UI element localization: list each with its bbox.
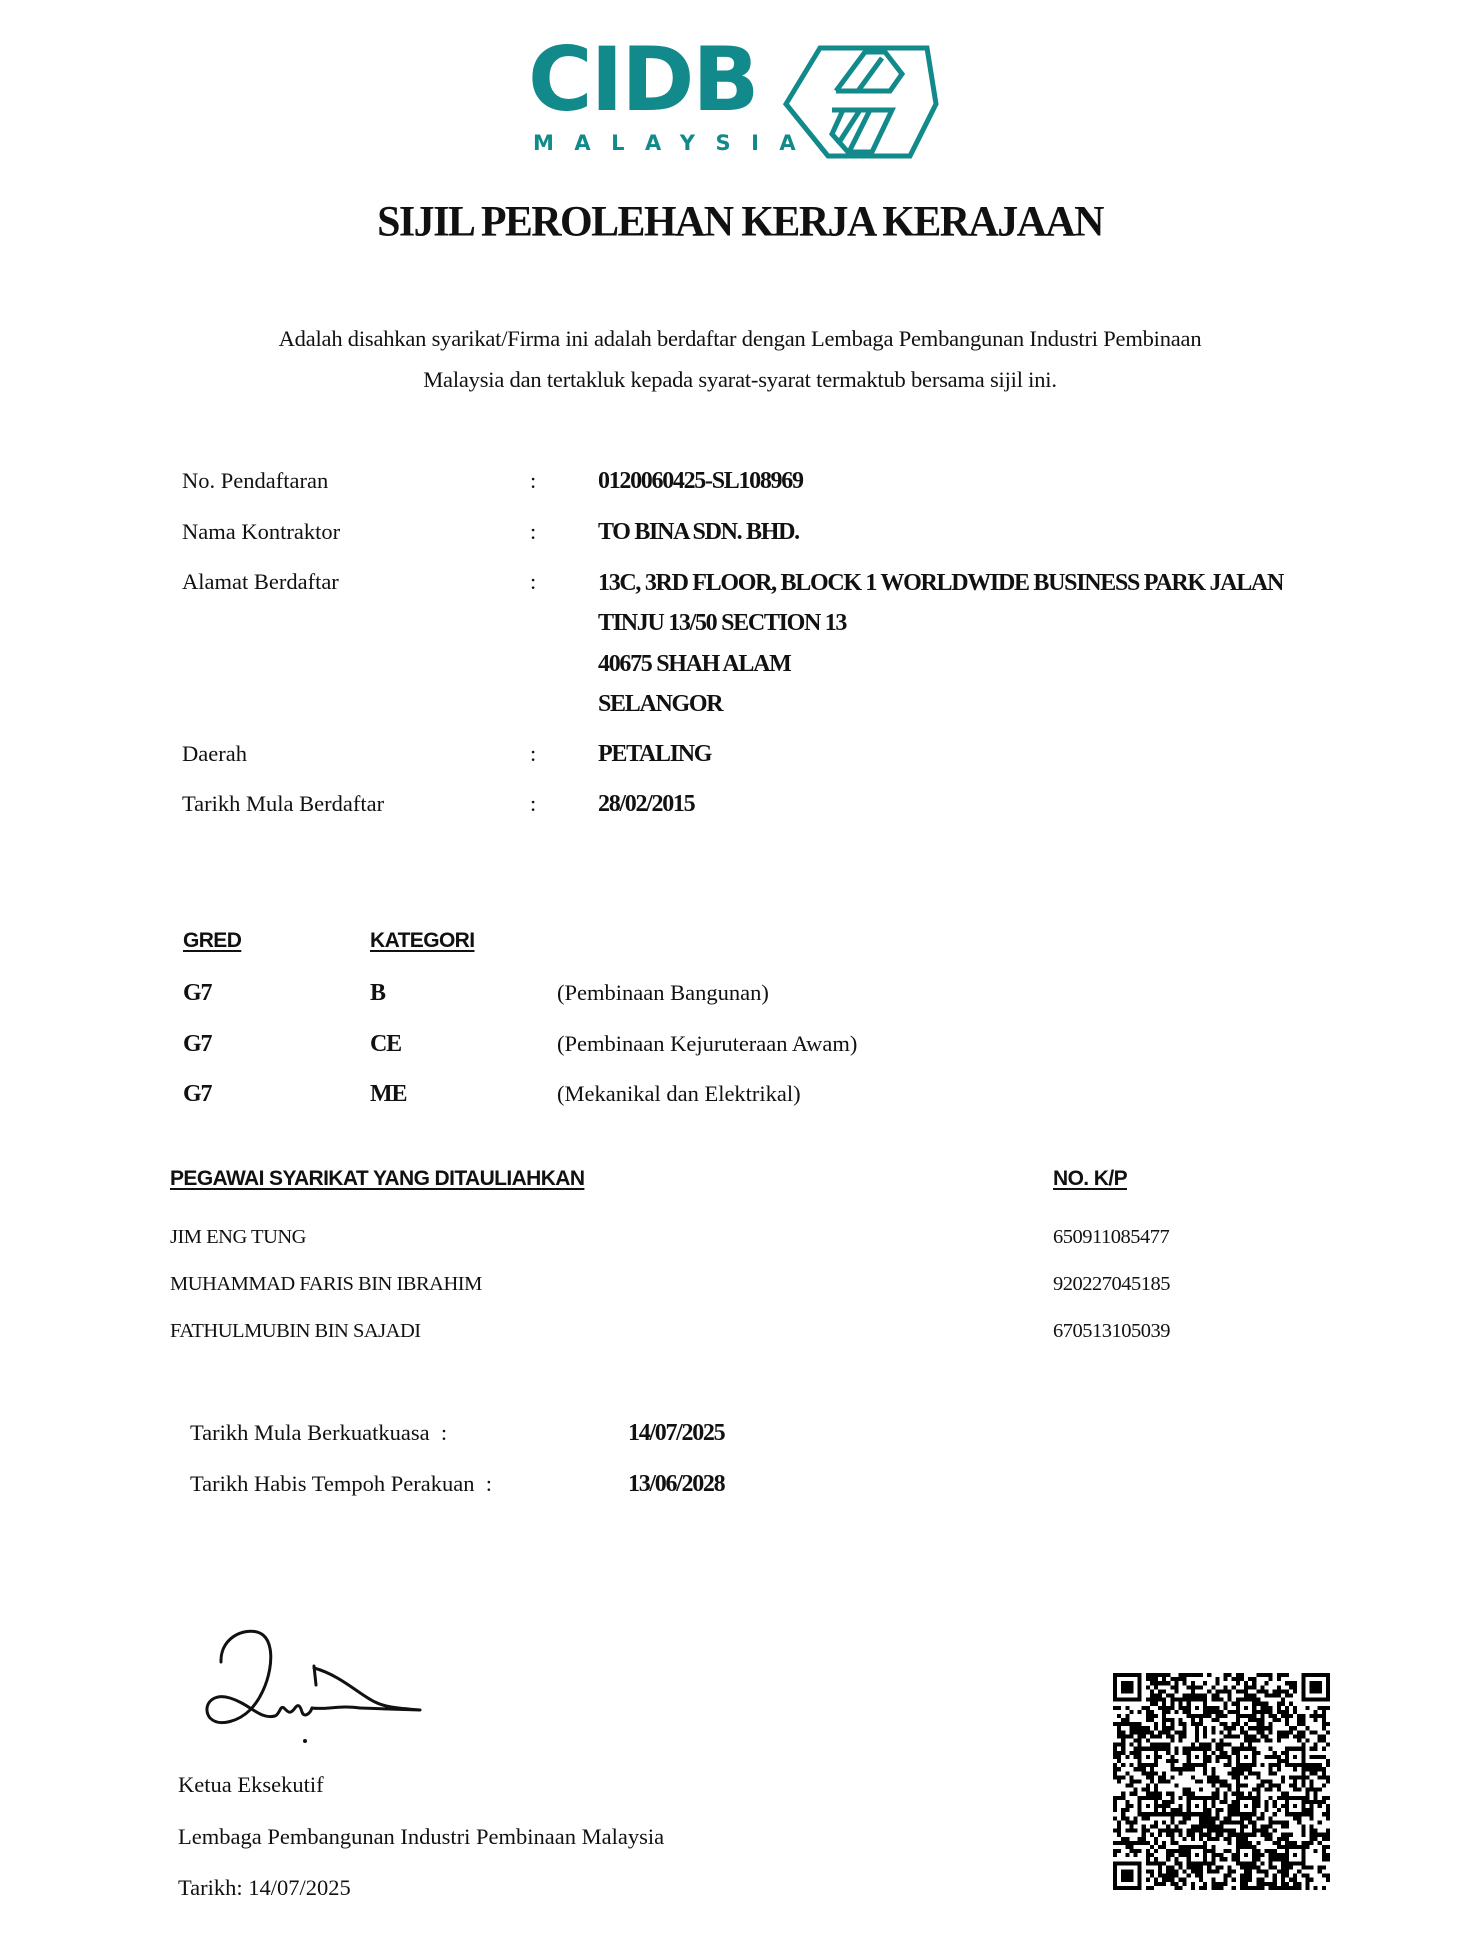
signature-date: Tarikh: 14/07/2025 <box>178 1874 351 1902</box>
personnel-name: JIM ENG TUNG <box>170 1224 306 1250</box>
registration-no-label: No. Pendaftaran <box>182 467 328 495</box>
validity-end-label: Tarikh Habis Tempoh Perakuan : <box>190 1470 492 1498</box>
registration-no-value: 0120060425-SL108969 <box>598 467 803 495</box>
cidb-hexagon-logo-icon <box>780 44 940 164</box>
separator: : <box>530 568 536 596</box>
intro-line-2: Malaysia dan tertakluk kepada syarat-sya… <box>0 366 1480 394</box>
category-description: (Pembinaan Bangunan) <box>557 979 769 1007</box>
address-line-4: SELANGOR <box>598 690 722 718</box>
personnel-name-header: PEGAWAI SYARIKAT YANG DITAULIAHKAN <box>170 1166 584 1192</box>
address-label: Alamat Berdaftar <box>182 568 339 596</box>
signatory-organization: Lembaga Pembangunan Industri Pembinaan M… <box>178 1823 664 1851</box>
grade-value: G7 <box>183 1030 211 1058</box>
category-value: ME <box>370 1080 406 1108</box>
certificate-title: SIJIL PEROLEHAN KERJA KERAJAAN <box>0 195 1480 248</box>
signatory-position: Ketua Eksekutif <box>178 1771 324 1799</box>
personnel-id: 650911085477 <box>1053 1224 1169 1250</box>
signature-icon <box>200 1620 430 1750</box>
qr-code-icon[interactable] <box>1113 1673 1330 1890</box>
address-line-3: 40675 SHAH ALAM <box>598 650 791 678</box>
registration-start-value: 28/02/2015 <box>598 790 694 818</box>
address-line-1: 13C, 3RD FLOOR, BLOCK 1 WORLDWIDE BUSINE… <box>598 569 1283 597</box>
personnel-name: MUHAMMAD FARIS BIN IBRAHIM <box>170 1271 482 1297</box>
grade-value: G7 <box>183 1080 211 1108</box>
category-description: (Mekanikal dan Elektrikal) <box>557 1080 801 1108</box>
district-label: Daerah <box>182 740 247 768</box>
district-value: PETALING <box>598 740 711 768</box>
personnel-id-header: NO. K/P <box>1053 1166 1127 1192</box>
grade-value: G7 <box>183 979 211 1007</box>
separator: : <box>530 518 536 546</box>
contractor-name-label: Nama Kontraktor <box>182 518 340 546</box>
separator: : <box>530 740 536 768</box>
registration-start-label: Tarikh Mula Berdaftar <box>182 790 384 818</box>
personnel-name: FATHULMUBIN BIN SAJADI <box>170 1318 421 1344</box>
validity-start-value: 14/07/2025 <box>628 1419 724 1447</box>
category-description: (Pembinaan Kejuruteraan Awam) <box>557 1030 857 1058</box>
address-line-2: TINJU 13/50 SECTION 13 <box>598 609 846 637</box>
logo-subtext: MALAYSIA <box>533 131 816 155</box>
grade-header: GRED <box>183 928 241 954</box>
validity-end-value: 13/06/2028 <box>628 1470 724 1498</box>
separator: : <box>530 790 536 818</box>
logo-text: CIDB <box>528 36 757 124</box>
category-header: KATEGORI <box>370 928 474 954</box>
personnel-id: 920227045185 <box>1053 1271 1170 1297</box>
category-value: CE <box>370 1030 401 1058</box>
separator: : <box>530 467 536 495</box>
intro-line-1: Adalah disahkan syarikat/Firma ini adala… <box>0 325 1480 353</box>
personnel-id: 670513105039 <box>1053 1318 1170 1344</box>
contractor-name-value: TO BINA SDN. BHD. <box>598 518 799 546</box>
category-value: B <box>370 979 385 1007</box>
validity-start-label: Tarikh Mula Berkuatkuasa : <box>190 1419 447 1447</box>
